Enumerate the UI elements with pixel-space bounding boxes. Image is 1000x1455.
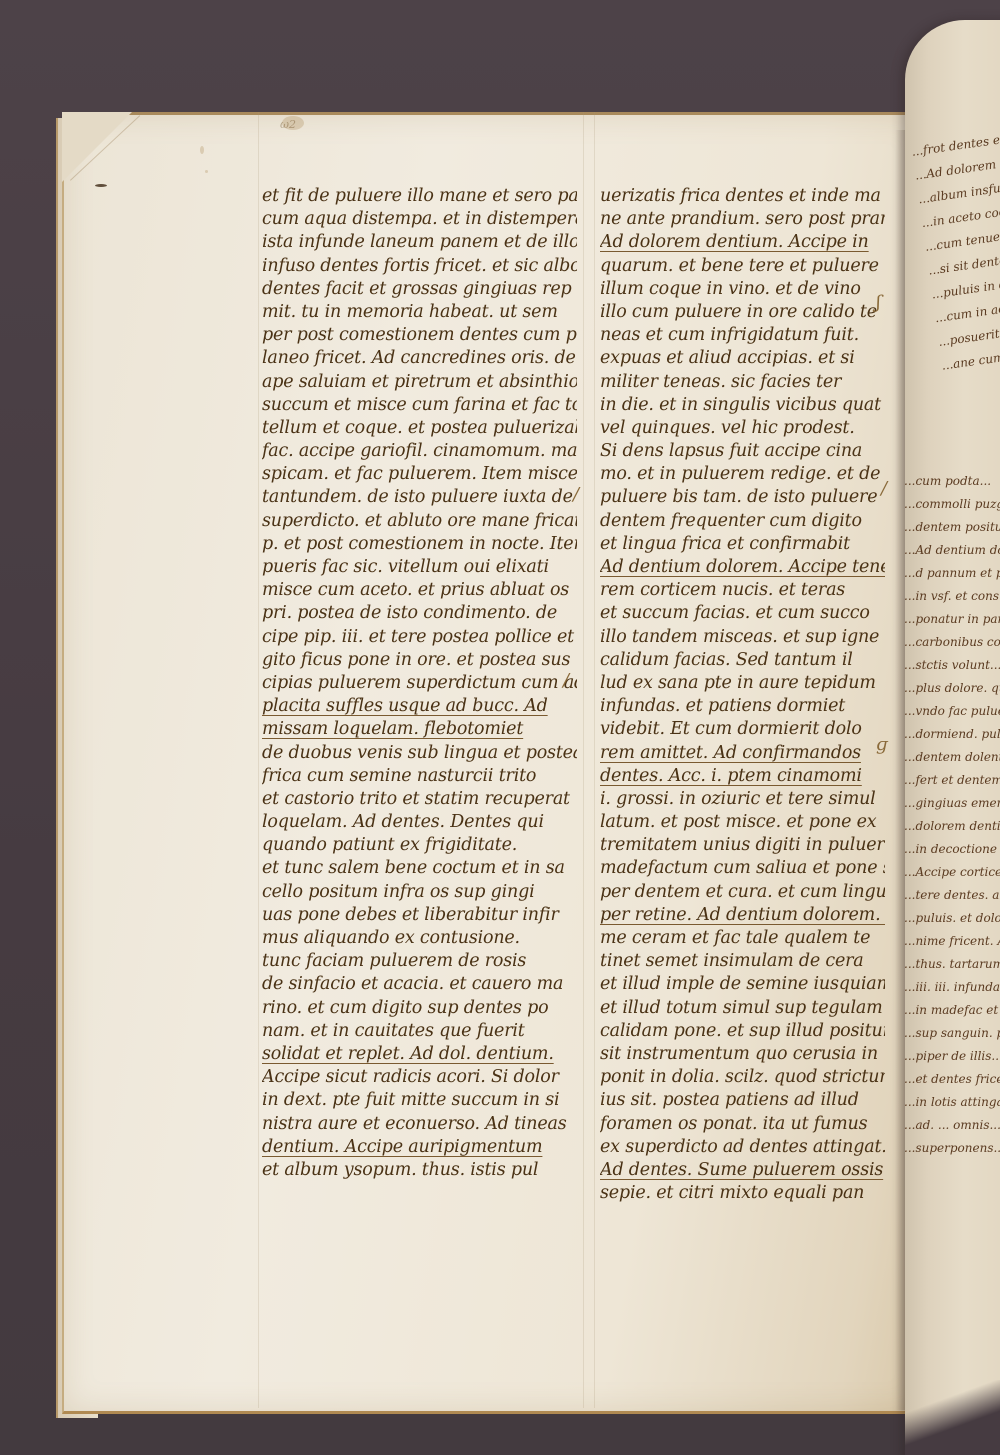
manuscript-line: ...et dentes fricet... xyxy=(904,1068,1000,1091)
manuscript-line: videbit. Et cum dormierit dolo xyxy=(600,718,885,741)
ruling-line-right-column xyxy=(594,112,595,1408)
manuscript-line: lud ex sana pte in aure tepidum xyxy=(600,672,885,695)
manuscript-line: tremitatem unius digiti in puluere xyxy=(600,834,885,857)
manuscript-line: Ad dentes. Sume puluerem ossis xyxy=(600,1159,885,1182)
manuscript-line: sepie. et citri mixto equali pan xyxy=(600,1182,885,1205)
manuscript-line: misce cum aceto. et prius abluat os xyxy=(262,579,577,602)
manuscript-line: ...ponatur in panno... xyxy=(904,608,1000,631)
manuscript-line: nam. et in cauitates que fuerit xyxy=(262,1020,577,1043)
manuscript-line: et illud imple de semine iusquiami xyxy=(600,973,885,996)
manuscript-line: calidum facias. Sed tantum il xyxy=(600,649,885,672)
folio-number: ω2 xyxy=(280,118,296,131)
manuscript-line: ...iii. iii. infunda... xyxy=(904,976,1000,999)
manuscript-line: ...d pannum et par... xyxy=(904,562,1000,585)
manuscript-line: et lingua frica et confirmabit xyxy=(600,533,885,556)
manuscript-line: per post comestionem dentes cum panno xyxy=(262,324,577,347)
manuscript-line: ...plus dolore. quibz... xyxy=(904,677,1000,700)
manuscript-line: illo cum puluere in ore calido te xyxy=(600,301,885,324)
manuscript-line: ...in decoctione puru... xyxy=(904,838,1000,861)
manuscript-line: mit. tu in memoria habeat. ut sem xyxy=(262,301,577,324)
manuscript-line: gito ficus pone in ore. et postea sus xyxy=(262,649,577,672)
manuscript-line: tunc faciam puluerem de rosis xyxy=(262,950,577,973)
manuscript-line: ...puluis. et dolor... xyxy=(904,907,1000,930)
margin-mark: ɡ xyxy=(876,734,888,755)
margin-mark: / xyxy=(563,670,569,691)
manuscript-line: ...commolli puzgan... xyxy=(904,493,1000,516)
manuscript-line: rem amittet. Ad confirmandos xyxy=(600,742,885,765)
ruling-line-column-divider xyxy=(583,112,584,1408)
manuscript-line: latum. et post misce. et pone ex xyxy=(600,811,885,834)
manuscript-line: placita suffles usque ad bucc. Ad xyxy=(262,695,577,718)
manuscript-line: ...fert et dentem con... xyxy=(904,769,1000,792)
manuscript-line: ape saluiam et piretrum et absinthio xyxy=(262,371,577,394)
manuscript-line: et castorio trito et statim recuperat xyxy=(262,788,577,811)
manuscript-line: cello positum infra os sup gingi xyxy=(262,881,577,904)
manuscript-line: loquelam. Ad dentes. Dentes qui xyxy=(262,811,577,834)
manuscript-line: ...dolorem dentium... xyxy=(904,815,1000,838)
manuscript-line: cum aqua distempa. et in distemperatura xyxy=(262,208,577,231)
manuscript-line: superdicto. et abluto ore mane fricat xyxy=(262,510,577,533)
manuscript-line: dentium. Accipe auripigmentum xyxy=(262,1136,577,1159)
manuscript-line: ...in vsf. et cons... xyxy=(904,585,1000,608)
manuscript-line: cipe pip. iii. et tere postea pollice et… xyxy=(262,626,577,649)
manuscript-line: succum et misce cum farina et fac tor xyxy=(262,394,577,417)
manuscript-line: ...vndo fac puluerem... xyxy=(904,700,1000,723)
manuscript-line: dentes. Acc. i. ptem cinamomi xyxy=(600,765,885,788)
manuscript-line: mus aliquando ex contusione. xyxy=(262,927,577,950)
manuscript-line: ...nime fricent. Ad m... xyxy=(904,930,1000,953)
manuscript-line: ...tere dentes. ablu... xyxy=(904,884,1000,907)
manuscript-line: uas pone debes et liberabitur infir xyxy=(262,904,577,927)
manuscript-line: et fit de puluere illo mane et sero paru… xyxy=(262,185,577,208)
manuscript-line: ...sup sanguin. pone... xyxy=(904,1022,1000,1045)
manuscript-line: rino. et cum digito sup dentes po xyxy=(262,997,577,1020)
manuscript-line: ...dormiend. pulue... xyxy=(904,723,1000,746)
ruling-line-left-column xyxy=(258,112,259,1408)
manuscript-line: ...Ad dentium dolorem xyxy=(904,539,1000,562)
manuscript-line: Si dens lapsus fuit accipe cina xyxy=(600,440,885,463)
manuscript-line: calidam pone. et sup illud positum xyxy=(600,1020,885,1043)
manuscript-line: tellum et coque. et postea puluerizabis xyxy=(262,417,577,440)
manuscript-line: illo tandem misceas. et sup igne xyxy=(600,626,885,649)
text-column-right: uerizatis frica dentes et inde mane ante… xyxy=(600,185,885,1205)
manuscript-line: tinet semet insimulam de cera xyxy=(600,950,885,973)
manuscript-line: ponit in dolia. scilz. quod strictum sup xyxy=(600,1066,885,1089)
manuscript-line: nistra aure et econuerso. Ad tineas xyxy=(262,1113,577,1136)
manuscript-line: spicam. et fac puluerem. Item misce xyxy=(262,463,577,486)
manuscript-line: in die. et in singulis vicibus quat xyxy=(600,394,885,417)
manuscript-line: puluere bis tam. de isto puluere xyxy=(600,486,885,509)
manuscript-line: foramen os ponat. ita ut fumus xyxy=(600,1113,885,1136)
manuscript-line: madefactum cum saliua et pone su xyxy=(600,857,885,880)
manuscript-line: de duobus venis sub lingua et postea xyxy=(262,742,577,765)
manuscript-line: pri. postea de isto condimento. de xyxy=(262,602,577,625)
manuscript-line: infuso dentes fortis fricet. et sic albo… xyxy=(262,255,577,278)
manuscript-line: militer teneas. sic facies ter xyxy=(600,371,885,394)
manuscript-line: ius sit. postea patiens ad illud xyxy=(600,1089,885,1112)
page-bottom-shadow xyxy=(905,1380,1000,1455)
manuscript-line: et succum facias. et cum succo xyxy=(600,602,885,625)
manuscript-line: fac. accipe gariofil. cinamomum. mastic. xyxy=(262,440,577,463)
manuscript-line: ex superdicto ad dentes attingat. xyxy=(600,1136,885,1159)
manuscript-line: p. et post comestionem in nocte. Item xyxy=(262,533,577,556)
manuscript-line: mo. et in puluerem redige. et de xyxy=(600,463,885,486)
manuscript-line: ista infunde laneum panem et de illo xyxy=(262,231,577,254)
manuscript-line: de sinfacio et acacia. et cauero ma xyxy=(262,973,577,996)
manuscript-line: uerizatis frica dentes et inde ma xyxy=(600,185,885,208)
manuscript-line: pueris fac sic. vitellum oui elixati xyxy=(262,556,577,579)
manuscript-line: quarum. et bene tere et puluere xyxy=(600,255,885,278)
manuscript-line: et tunc salem bene coctum et in sa xyxy=(262,857,577,880)
manuscript-line: missam loquelam. flebotomiet xyxy=(262,718,577,741)
stain-spot xyxy=(205,170,208,173)
manuscript-line: sit instrumentum quo cerusia in xyxy=(600,1043,885,1066)
manuscript-line: me ceram et fac tale qualem te xyxy=(600,927,885,950)
margin-mark: / xyxy=(573,484,579,505)
manuscript-line: ...in lotis attingant... xyxy=(904,1091,1000,1114)
manuscript-line: infundas. et patiens dormiet xyxy=(600,695,885,718)
text-column-left: et fit de puluere illo mane et sero paru… xyxy=(262,185,577,1182)
manuscript-line: per retine. Ad dentium dolorem. Su xyxy=(600,904,885,927)
folded-corner xyxy=(62,112,132,182)
ink-mark xyxy=(95,184,107,187)
margin-mark: ʃ xyxy=(876,292,881,313)
manuscript-line: ...stctis volunt... xyxy=(904,654,1000,677)
manuscript-line: ...cum podta... xyxy=(904,470,1000,493)
manuscript-line: Accipe sicut radicis acori. Si dolor xyxy=(262,1066,577,1089)
manuscript-line: ...piper de illis... xyxy=(904,1045,1000,1068)
manuscript-line: laneo fricet. Ad cancredines oris. de xyxy=(262,347,577,370)
manuscript-line: cipias puluerem superdictum cum ad xyxy=(262,672,577,695)
manuscript-line: i. grossi. in oziuric et tere simul xyxy=(600,788,885,811)
manuscript-line: ...carbonibus cons... xyxy=(904,631,1000,654)
manuscript-line: et illud totum simul sup tegulam xyxy=(600,997,885,1020)
manuscript-line: et album ysopum. thus. istis pul xyxy=(262,1159,577,1182)
manuscript-line: in dext. pte fuit mitte succum in si xyxy=(262,1089,577,1112)
manuscript-line: ...superponens... xyxy=(904,1137,1000,1160)
manuscript-line: neas et cum infrigidatum fuit. xyxy=(600,324,885,347)
manuscript-line: frica cum semine nasturcii trito xyxy=(262,765,577,788)
manuscript-line: rem corticem nucis. et teras xyxy=(600,579,885,602)
manuscript-line: quando patiunt ex frigiditate. xyxy=(262,834,577,857)
manuscript-line: ...ad. ... omnis... xyxy=(904,1114,1000,1137)
manuscript-line: ...in madefac et illam... xyxy=(904,999,1000,1022)
manuscript-line: solidat et replet. Ad dol. dentium. xyxy=(262,1043,577,1066)
manuscript-line: ne ante prandium. sero post prandium xyxy=(600,208,885,231)
manuscript-line: ...Accipe cortice rad... xyxy=(904,861,1000,884)
manuscript-line: Ad dolorem dentium. Accipe in xyxy=(600,231,885,254)
stain-spot xyxy=(200,146,204,154)
manuscript-line: Ad dentium dolorem. Accipe tene xyxy=(600,556,885,579)
manuscript-line: illum coque in vino. et de vino xyxy=(600,278,885,301)
manuscript-line: dentes facit et grossas gingiuas rep xyxy=(262,278,577,301)
manuscript-line: ...gingiuas emendat... xyxy=(904,792,1000,815)
manuscript-line: per dentem et cura. et cum lingua se xyxy=(600,881,885,904)
next-page-text-lower: ...cum podta......commolli puzgan......d… xyxy=(904,470,1000,1160)
manuscript-line: tantundem. de isto puluere iuxta de xyxy=(262,486,577,509)
manuscript-line: ...dentem positur cum... xyxy=(904,516,1000,539)
manuscript-line: vel quinques. vel hic prodest. xyxy=(600,417,885,440)
margin-mark: / xyxy=(881,478,887,499)
manuscript-line: ...dentem dolentem pu... xyxy=(904,746,1000,769)
manuscript-line: ...thus. tartarum. et ... xyxy=(904,953,1000,976)
manuscript-line: expuas et aliud accipias. et si xyxy=(600,347,885,370)
manuscript-line: dentem frequenter cum digito xyxy=(600,510,885,533)
